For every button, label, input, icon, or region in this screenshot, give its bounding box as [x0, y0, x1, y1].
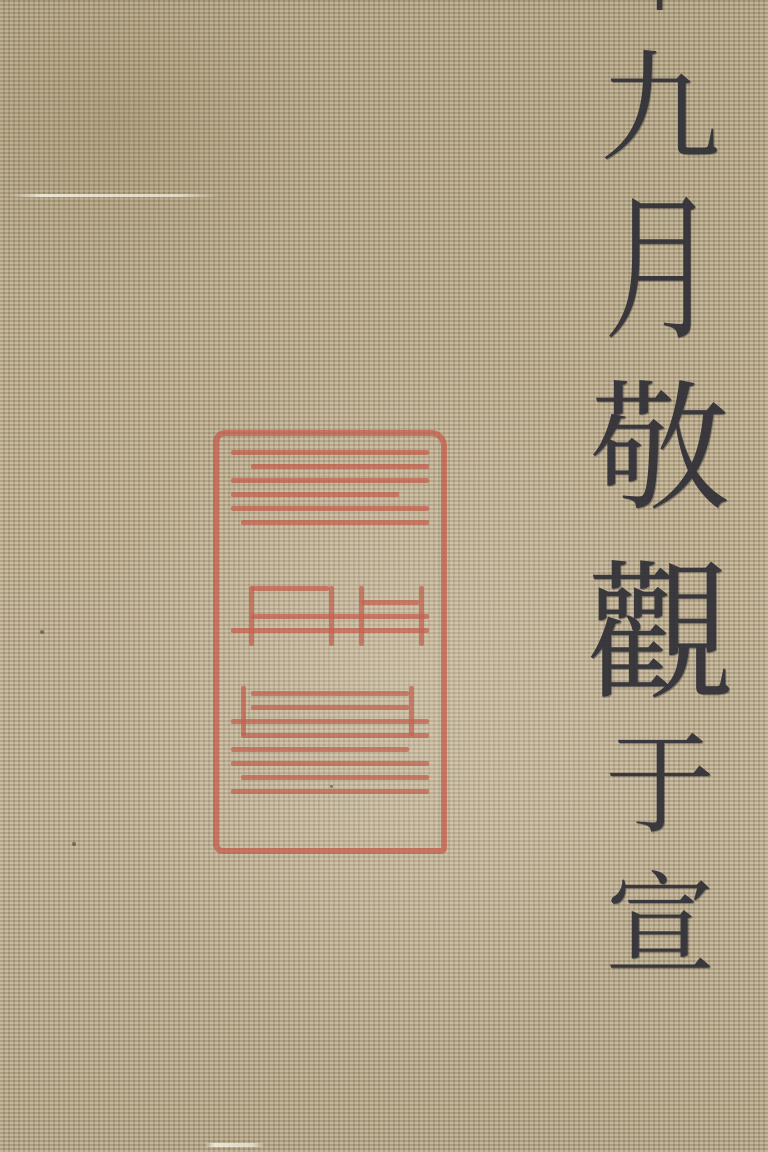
seal-middle-strokes: [231, 586, 429, 642]
calligraphy-char: 觀: [585, 560, 735, 710]
calligraphy-char: 月: [604, 190, 716, 350]
silk-crease: [205, 1143, 265, 1147]
calligraphy-column: 丨 九 月 敬 觀 于 宣: [570, 0, 750, 980]
silk-crease: [10, 194, 220, 197]
seal-lower-strokes: [231, 691, 429, 803]
red-seal: [213, 430, 447, 854]
calligraphy-char: 敬: [590, 380, 730, 520]
calligraphy-char: 宣: [605, 870, 715, 980]
stain-speck: [40, 630, 44, 634]
calligraphy-char: 丨: [620, 0, 700, 10]
stain-speck: [72, 842, 76, 846]
seal-upper-strokes: [231, 450, 429, 534]
calligraphy-char: 于: [605, 730, 715, 840]
calligraphy-char: 九: [600, 50, 720, 170]
